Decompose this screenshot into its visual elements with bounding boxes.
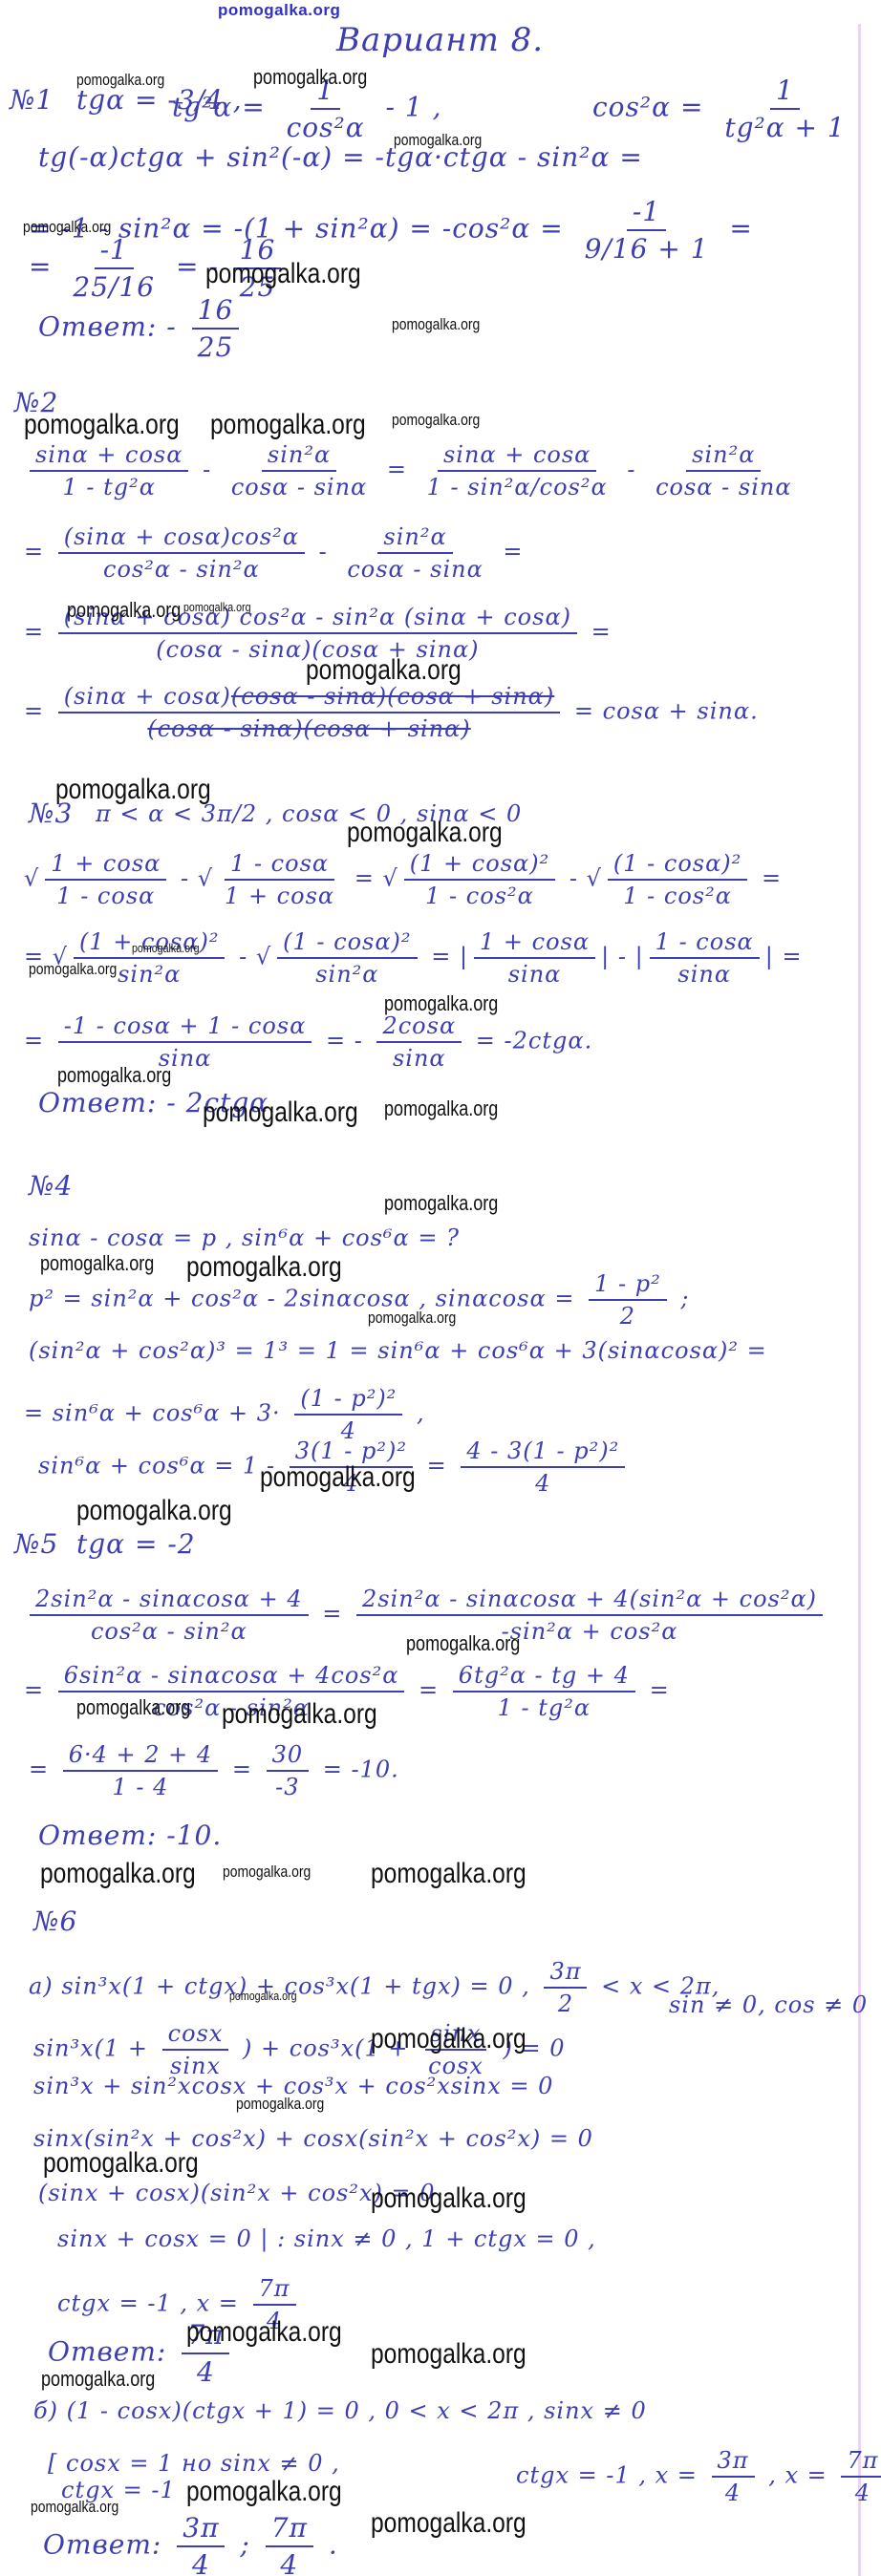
task3-line-2: = √(1 + cosα)²sin²α - √(1 - cosα)²sin²α … <box>24 928 803 988</box>
task4-line-2: p² = sin²α + cos²α - 2sinαcosα , sinαcos… <box>29 1270 689 1330</box>
task1-identity-2: cos²α = 1tg²α + 1 <box>592 75 857 143</box>
watermark: pomogalka.org <box>223 1863 311 1882</box>
task6a-condition: sin ≠ 0, cos ≠ 0 <box>669 1991 868 2018</box>
task6a-line-6: sinx + cosx = 0 | : sinx ≠ 0 , 1 + ctgx … <box>57 2225 596 2252</box>
task-number-4: №4 <box>29 1170 73 1202</box>
watermark: pomogalka.org <box>183 600 251 614</box>
site-watermark-header[interactable]: pomogalka.org <box>218 1 340 20</box>
watermark: pomogalka.org <box>371 2023 526 2055</box>
watermark: pomogalka.org <box>31 2498 118 2517</box>
watermark: pomogalka.org <box>371 2507 526 2540</box>
task2-line-4: = (sinα + cosα)(cosα - sinα)(cosα + sinα… <box>24 683 759 742</box>
task4-line-1: sinα - cosα = p , sin⁶α + cos⁶α = ? <box>29 1224 460 1251</box>
watermark: pomogalka.org <box>55 774 211 806</box>
watermark: pomogalka.org <box>371 1858 526 1890</box>
task6b-answer: Ответ: 3π4 ; 7π4 . <box>43 2512 338 2576</box>
watermark: pomogalka.org <box>23 218 111 237</box>
watermark: pomogalka.org <box>76 1695 190 1720</box>
watermark: pomogalka.org <box>229 1989 297 2003</box>
watermark: pomogalka.org <box>41 2367 155 2392</box>
watermark: pomogalka.org <box>394 131 482 150</box>
watermark: pomogalka.org <box>24 409 180 441</box>
task4-line-3: (sin²α + cos²α)³ = 1³ = 1 = sin⁶α + cos⁶… <box>29 1337 767 1364</box>
task5-answer: Ответ: -10. <box>38 1820 222 1851</box>
watermark: pomogalka.org <box>40 1858 196 1890</box>
watermark: pomogalka.org <box>205 258 361 290</box>
watermark: pomogalka.org <box>392 411 480 430</box>
task3-line-1: √1 + cosα1 - cosα - √1 - cosα1 + cosα = … <box>24 850 782 909</box>
watermark: pomogalka.org <box>253 65 367 90</box>
task-number-1: №1 <box>10 84 54 116</box>
watermark: pomogalka.org <box>203 1096 358 1129</box>
task2-line-1: sinα + cosα1 - tg²α - sin²αcosα - sinα =… <box>24 441 804 500</box>
watermark: pomogalka.org <box>368 1309 456 1328</box>
task5-line-3: = 6·4 + 2 + 41 - 4 = 30-3 = -10. <box>29 1741 399 1800</box>
watermark: pomogalka.org <box>57 1063 171 1088</box>
watermark: pomogalka.org <box>210 409 366 441</box>
watermark: pomogalka.org <box>236 2095 324 2114</box>
page-title: Вариант 8. <box>336 21 544 59</box>
watermark: pomogalka.org <box>76 1495 232 1527</box>
watermark: pomogalka.org <box>384 1191 498 1216</box>
watermark: pomogalka.org <box>29 960 117 979</box>
scanned-solution-page: pomogalka.org Вариант 8. №1 tgα = -3/4 ,… <box>0 0 881 2576</box>
task2-line-2: = (sinα + cosα)cos²αcos²α - sin²α - sin²… <box>24 523 524 583</box>
task-number-6: №6 <box>33 1905 77 1937</box>
watermark: pomogalka.org <box>43 2147 199 2180</box>
task1-id1-tail: - 1 , <box>386 92 442 123</box>
watermark: pomogalka.org <box>186 2476 342 2508</box>
task5-given: tgα = -2 <box>76 1528 196 1560</box>
watermark: pomogalka.org <box>222 1698 377 1731</box>
watermark: pomogalka.org <box>384 991 498 1016</box>
watermark: pomogalka.org <box>371 2182 526 2215</box>
watermark: pomogalka.org <box>384 1096 498 1121</box>
notebook-margin-line <box>858 24 861 2576</box>
watermark: pomogalka.org <box>67 598 181 623</box>
task1-line-2: tg(-α)ctgα + sin²(-α) = -tgα·ctgα - sin²… <box>38 141 643 173</box>
watermark: pomogalka.org <box>306 654 462 687</box>
task4-line-4: = sin⁶α + cos⁶α + 3· (1 - p²)²4 , <box>24 1385 425 1444</box>
task6b-equation: б) (1 - cosx)(ctgx + 1) = 0 , 0 < x < 2π… <box>33 2397 647 2424</box>
watermark: pomogalka.org <box>186 2316 342 2349</box>
watermark: pomogalka.org <box>392 315 480 334</box>
watermark: pomogalka.org <box>186 1251 342 1284</box>
watermark: pomogalka.org <box>260 1461 416 1494</box>
watermark: pomogalka.org <box>132 941 200 955</box>
task6b-result: ctgx = -1 , x = 3π4 , x = 7π4 <box>516 2447 881 2506</box>
watermark: pomogalka.org <box>347 817 503 849</box>
task-number-5: №5 <box>14 1528 58 1560</box>
task6a-equation: а) sin³x(1 + ctgx) + cos³x(1 + tgx) = 0 … <box>29 1958 720 2017</box>
task1-id1-lhs: tg²α = <box>172 92 266 123</box>
task1-answer: Ответ: - 1625 <box>38 294 245 363</box>
watermark: pomogalka.org <box>406 1631 520 1656</box>
watermark: pomogalka.org <box>371 2338 526 2371</box>
watermark: pomogalka.org <box>40 1251 154 1276</box>
watermark: pomogalka.org <box>76 71 164 90</box>
